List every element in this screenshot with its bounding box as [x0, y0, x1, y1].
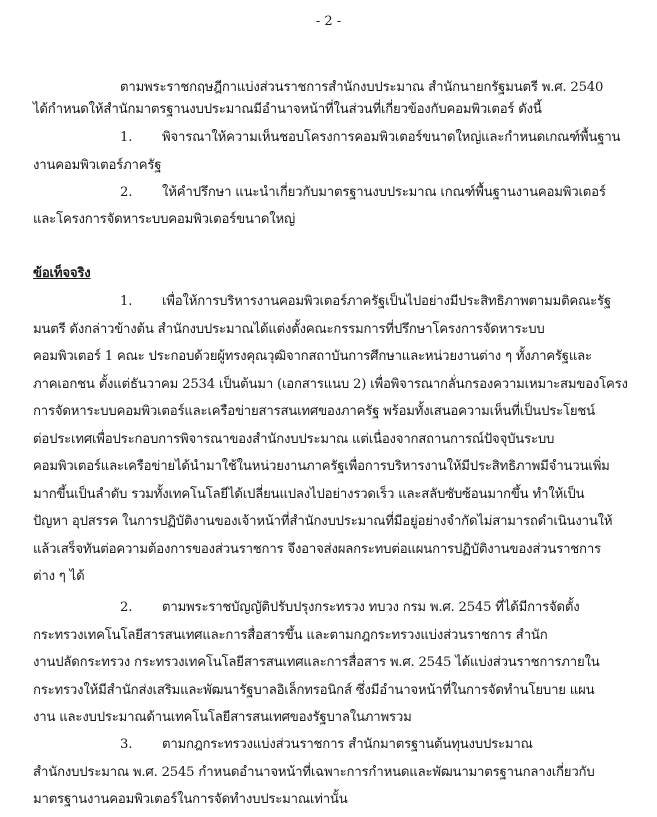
fact-line: มนตรี ดังกล่าวข้างต้น สำนักงบประมาณได้แต… [33, 318, 545, 339]
fact-line: สำนักงบประมาณ พ.ศ. 2545 กำหนดอำนาจหน้าที… [33, 761, 595, 782]
fact-line: คอมพิวเตอร์ 1 คณะ ประกอบด้วยผู้ทรงคุณวุฒ… [33, 345, 592, 366]
fact-line: ปัญหา อุปสรรค ในการปฏิบัติงานของเจ้าหน้า… [33, 510, 612, 531]
page-number: - 2 - [0, 14, 657, 29]
intro-item-line: งานคอมพิวเตอร์ภาครัฐ [33, 154, 161, 175]
item-number: 3. [120, 737, 162, 752]
item-text: พิจารณาให้ความเห็นชอบโครงการคอมพิวเตอร์ข… [162, 130, 620, 145]
intro-line: ตามพระราชกฤษฎีกาแบ่งส่วนราชการสำนักงบประ… [120, 76, 603, 97]
item-number: 2. [120, 600, 162, 615]
fact-line: ต่าง ๆ ได้ [33, 565, 84, 586]
fact-line: มาตรฐานงานคอมพิวเตอร์ในการจัดทำงบประมาณเ… [33, 788, 348, 809]
fact-line: คอมพิวเตอร์และเครือข่ายได้นำมาใช้ในหน่วย… [33, 455, 610, 476]
fact-line: มากขึ้นเป็นลำดับ รวมทั้งเทคโนโลยีได้เปลี… [33, 483, 584, 504]
item-number: 1. [120, 130, 162, 145]
fact-line: กระทรวงให้มีสำนักส่งเสริมและพัฒนารัฐบาลอ… [33, 679, 594, 700]
fact-line: แล้วเสร็จทันต่อความต้องการของส่วนราชการ … [33, 538, 601, 559]
item-text: ตามพระราชบัญญัติปรับปรุงกระทรวง ทบวง กรม… [162, 600, 579, 615]
fact-line: การจัดหาระบบคอมพิวเตอร์และเครือข่ายสารสน… [33, 400, 595, 421]
item-number: 2. [120, 185, 162, 200]
intro-item-2: 2.ให้คำปรึกษา แนะนำเกี่ยวกับมาตรฐานงบประ… [120, 181, 606, 202]
fact-line: งาน และงบประมาณด้านเทคโนโลยีสารสนเทศของร… [33, 706, 412, 727]
fact-item-2: 2.ตามพระราชบัญญัติปรับปรุงกระทรวง ทบวง ก… [120, 596, 579, 617]
fact-item-1: 1.เพื่อให้การบริหารงานคอมพิวเตอร์ภาครัฐเ… [120, 290, 611, 311]
item-text: ตามกฎกระทรวงแบ่งส่วนราชการ สำนักมาตรฐานต… [162, 737, 533, 752]
section-heading: ข้อเท็จจริง [33, 262, 91, 283]
fact-item-3: 3.ตามกฎกระทรวงแบ่งส่วนราชการ สำนักมาตรฐา… [120, 733, 533, 754]
fact-line: ต่อประเทศเพื่อประกอบการพิจารณาของสำนักงบ… [33, 428, 554, 449]
intro-item-line: และโครงการจัดหาระบบคอมพิวเตอร์ขนาดใหญ่ [33, 208, 295, 229]
fact-line: กระทรวงเทคโนโลยีสารสนเทศและการสื่อสารขึ้… [33, 624, 548, 645]
intro-item-1: 1.พิจารณาให้ความเห็นชอบโครงการคอมพิวเตอร… [120, 126, 620, 147]
item-text: เพื่อให้การบริหารงานคอมพิวเตอร์ภาครัฐเป็… [162, 294, 611, 309]
intro-line: ได้กำหนดให้สำนักมาตรฐานงบประมาณมีอำนาจหน… [33, 98, 542, 119]
fact-line: งานปลัดกระทรวง กระทรวงเทคโนโลยีสารสนเทศแ… [33, 651, 600, 672]
item-text: ให้คำปรึกษา แนะนำเกี่ยวกับมาตรฐานงบประมา… [162, 185, 606, 200]
item-number: 1. [120, 294, 162, 309]
fact-line: ภาคเอกชน ตั้งแต่ธันวาคม 2534 เป็นต้นมา (… [33, 373, 628, 394]
